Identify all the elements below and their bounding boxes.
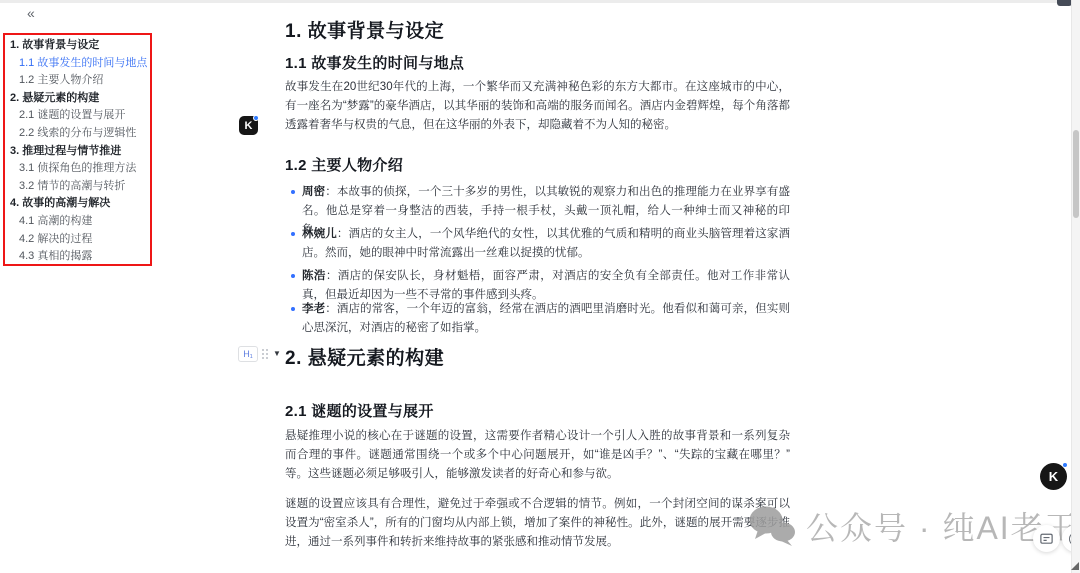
bullet-icon xyxy=(291,190,295,194)
toc-item-2[interactable]: 2. 悬疑元素的构建 xyxy=(5,90,147,108)
toc-item-2-2[interactable]: 2.2 线索的分布与逻辑性 xyxy=(5,125,147,143)
assistant-notification-dot xyxy=(1062,462,1068,468)
character-desc: ：酒店的常客，一个年迈的富翁，经常在酒店的酒吧里消磨时光。他看似和蔼可亲，但实则… xyxy=(302,303,790,334)
table-of-contents: 1. 故事背景与设定 1.1 故事发生的时间与地点 1.2 主要人物介绍 2. … xyxy=(3,33,149,270)
toc-item-4-3[interactable]: 4.3 真相的揭露 xyxy=(5,248,147,266)
heading-style-badge[interactable]: H₁ xyxy=(238,346,258,362)
document-app-window: « 1. 故事背景与设定 1.1 故事发生的时间与地点 1.2 主要人物介绍 2… xyxy=(0,0,1080,573)
character-name: 林婉儿 xyxy=(302,228,337,240)
character-desc: ：酒店的女主人，一个风华绝代的女性，以其优雅的气质和精明的商业头脑管理着这家酒店… xyxy=(302,228,790,259)
scrollbar-track xyxy=(1071,0,1080,573)
toc-item-1-1[interactable]: 1.1 故事发生的时间与地点 xyxy=(5,55,147,73)
character-desc: ：酒店的保安队长，身材魁梧，面容严肃，对酒店的安全负有全部责任。他对工作非常认真… xyxy=(302,270,790,301)
drag-handle-icon[interactable] xyxy=(261,348,270,361)
document-body: 1. 故事背景与设定 1.1 故事发生的时间与地点 故事发生在20世纪30年代的… xyxy=(285,0,790,573)
heading-2-1-puzzle-setup: 2.1 谜题的设置与展开 xyxy=(285,400,434,421)
toc-item-4-1[interactable]: 4.1 高潮的构建 xyxy=(5,213,147,231)
paragraph-setting: 故事发生在20世纪30年代的上海，一个繁华而又充满神秘色彩的东方大都市。在这座城… xyxy=(285,78,790,135)
character-name: 陈浩 xyxy=(302,270,326,282)
heading-hover-toolbar: H₁ ▼ xyxy=(238,346,281,362)
toc-item-3[interactable]: 3. 推理过程与情节推进 xyxy=(5,143,147,161)
toc-item-1-2[interactable]: 1.2 主要人物介绍 xyxy=(5,72,147,90)
corner-resize-mark xyxy=(1071,562,1079,570)
bullet-icon xyxy=(291,232,295,236)
toc-item-3-1[interactable]: 3.1 侦探角色的推理方法 xyxy=(5,160,147,178)
collapse-section-icon[interactable]: ▼ xyxy=(273,349,281,359)
paragraph-puzzle-logic: 谜题的设置应该具有合理性，避免过于牵强或不合逻辑的情节。例如，一个封闭空间的谋杀… xyxy=(285,495,790,552)
assistant-notification-dot xyxy=(253,115,259,121)
toc-item-4-2[interactable]: 4.2 解决的过程 xyxy=(5,231,147,249)
feedback-button[interactable] xyxy=(1033,525,1060,552)
scrollbar-thumb[interactable] xyxy=(1073,130,1079,218)
toc-item-4[interactable]: 4. 故事的高潮与解决 xyxy=(5,195,147,213)
heading-1-2-characters: 1.2 主要人物介绍 xyxy=(285,154,403,175)
sidebar-collapse-icon[interactable]: « xyxy=(27,4,35,22)
list-item-character: 林婉儿：酒店的女主人，一个风华绝代的女性，以其优雅的气质和精明的商业头脑管理着这… xyxy=(285,225,790,263)
assistant-label: K xyxy=(245,120,253,132)
assistant-floating-button[interactable]: K xyxy=(1040,463,1067,490)
character-name: 李老 xyxy=(302,303,325,315)
toc-item-3-2[interactable]: 3.2 情节的高潮与转折 xyxy=(5,178,147,196)
character-name: 周密 xyxy=(302,186,325,198)
assistant-label: K xyxy=(1049,469,1058,484)
feedback-icon xyxy=(1039,531,1054,546)
heading-1-1-time-place: 1.1 故事发生的时间与地点 xyxy=(285,52,464,73)
bullet-icon xyxy=(291,307,295,311)
bullet-icon xyxy=(291,274,295,278)
toolbar-remnant-icon xyxy=(1057,0,1072,6)
toc-item-1[interactable]: 1. 故事背景与设定 xyxy=(5,37,147,55)
watermark: 公众号 · 纯AI老王 xyxy=(748,503,1079,549)
list-item-character: 李老：酒店的常客，一个年迈的富翁，经常在酒店的酒吧里消磨时光。他看似和蔼可亲，但… xyxy=(285,300,790,338)
heading-2-suspense-elements: 2. 悬疑元素的构建 xyxy=(285,343,444,370)
assistant-inline-button[interactable]: K xyxy=(239,116,258,135)
paragraph-puzzle-core: 悬疑推理小说的核心在于谜题的设置，这需要作者精心设计一个引人入胜的故事背景和一系… xyxy=(285,427,790,484)
heading-1-story-background: 1. 故事背景与设定 xyxy=(285,16,444,43)
toc-item-2-1[interactable]: 2.1 谜题的设置与展开 xyxy=(5,107,147,125)
